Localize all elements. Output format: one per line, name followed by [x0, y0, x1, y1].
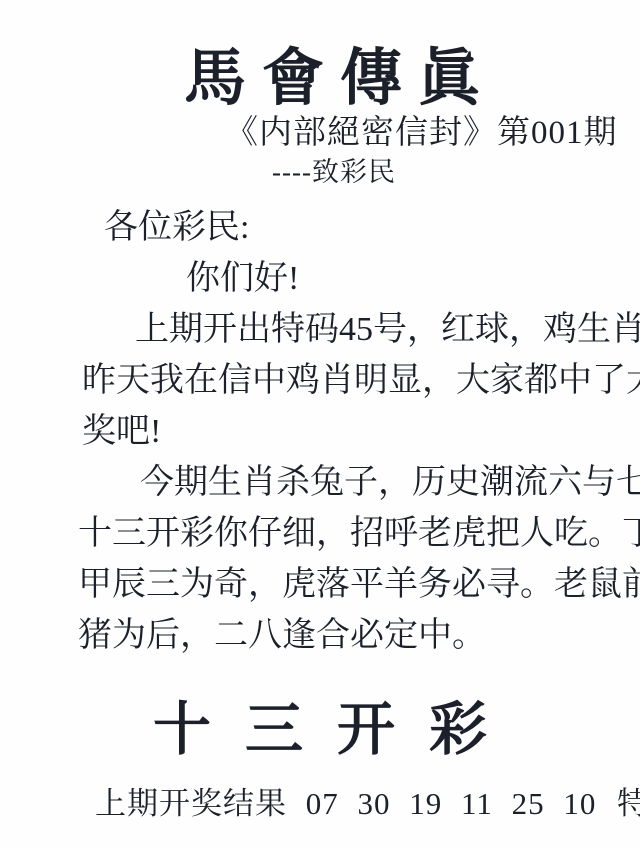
special-number-label: 特	[617, 786, 640, 821]
salutation: 各位彩民:	[78, 202, 623, 253]
paragraph2-line3: 甲辰三为奇，虎落平羊务必寻。老鼠前行	[78, 559, 623, 610]
result-number-4: 11	[461, 786, 493, 821]
paragraph2-line2: 十三开彩你仔细，招呼老虎把人吃。丁日	[78, 508, 623, 559]
result-number-2: 30	[358, 786, 391, 821]
results-label: 上期开奖结果	[95, 786, 287, 821]
previous-draw-results: 上期开奖结果 07 30 19 11 25 10 特45	[95, 778, 640, 823]
paragraph2-line4: 猪为后，二八逢合必定中。	[78, 610, 623, 661]
paragraph1-line2: 昨天我在信中鸡肖明显，大家都中了大	[78, 355, 623, 406]
fax-document: 馬會傳眞 《内部絕密信封》第001期 ----致彩民 各位彩民: 你们好! 上期…	[0, 0, 640, 849]
dedication-line: ----致彩民	[272, 150, 396, 189]
slogan-text: 十三开彩	[0, 682, 640, 766]
letter-body: 各位彩民: 你们好! 上期开出特码45号，红球，鸡生肖。 昨天我在信中鸡肖明显，…	[78, 202, 623, 661]
result-number-5: 25	[512, 786, 545, 821]
paragraph2-line1: 今期生肖杀兔子，历史潮流六与七。	[78, 457, 623, 508]
document-subtitle-issue: 《内部絕密信封》第001期	[225, 106, 618, 153]
result-number-1: 07	[306, 786, 339, 821]
greeting: 你们好!	[78, 253, 623, 304]
document-title: 馬會傳眞	[0, 28, 640, 117]
paragraph1-line3: 奖吧!	[78, 406, 623, 457]
paragraph1-line1: 上期开出特码45号，红球，鸡生肖。	[78, 304, 623, 355]
result-number-6: 10	[563, 786, 596, 821]
result-number-3: 19	[409, 786, 442, 821]
